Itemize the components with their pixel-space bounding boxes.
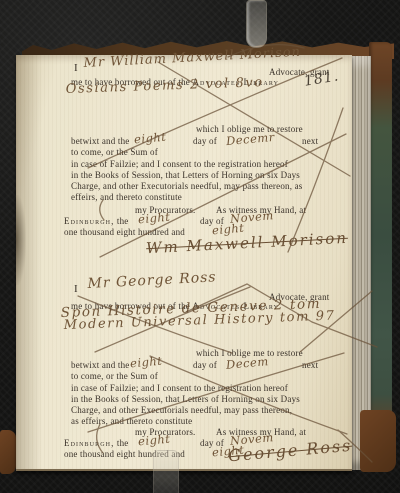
book-board-edge [369, 42, 392, 472]
entry2-the-word: the [117, 438, 129, 448]
register-page: 181. I Mr William Maxwell Morison Advoca… [16, 55, 352, 471]
entry1-sum-line: to come, or the Sum of [71, 147, 158, 158]
entry1-the-word: the [117, 216, 129, 226]
entry1-signed-day: eight [137, 210, 170, 227]
entry2-signed-day: eight [137, 432, 170, 449]
leather-corner-bottom-right [360, 410, 396, 472]
entry1-return-day: eight [133, 130, 166, 147]
entry2-return-day: eight [129, 354, 162, 371]
entry2-i-word: I [74, 284, 78, 295]
leather-corner-bottom-left [0, 430, 16, 474]
book-weight-strap-bottom [153, 450, 179, 493]
entry2-failzie-line3: Charge, and other Executorials needful, … [71, 405, 292, 416]
entry1-failzie-line3: Charge, and other Executorials needful, … [71, 181, 303, 192]
entry1-i-word: I [74, 63, 78, 74]
entry1-year-prefix: one thousand eight hundred and [64, 227, 185, 238]
entry1-betwixt-label: betwixt and the [71, 136, 130, 147]
entry1-failzie-line4: effeirs, and thereto constitute [71, 192, 182, 203]
entry2-sum-line: to come, or the Sum of [71, 371, 158, 382]
entry2-dayof-label: day of [193, 360, 217, 371]
entry2-betwixt-label: betwixt and the [71, 360, 130, 371]
entry1-edinburgh-line: Edinburgh, the [64, 216, 128, 227]
entry2-edinburgh-line: Edinburgh, the [64, 438, 128, 449]
entry1-next-label: next [302, 136, 318, 147]
entry2-return-month: Decem [225, 354, 269, 372]
entry1-failzie-line2: in the Books of Session, that Letters of… [71, 170, 300, 181]
entry2-borrower-name: Mr George Ross [87, 269, 217, 292]
entry2-edinburgh-word: Edinburgh, [64, 438, 114, 448]
entry1-dayof-label: day of [193, 136, 217, 147]
entry1-failzie-line1: in case of Failzie; and I consent to the… [71, 159, 288, 170]
entry2-failzie-line4: as effeirs, and thereto constitute [71, 416, 192, 427]
edge-grime [16, 195, 26, 285]
entry1-edinburgh-word: Edinburgh, [64, 216, 114, 226]
entry2-failzie-line2: in the Books of Session, that Letters of… [71, 394, 300, 405]
entry2-next-label: next [302, 360, 318, 371]
entry2-failzie-line1: in case of Failzie; and I consent to the… [71, 383, 288, 394]
entry1-return-month: Decemr [225, 130, 275, 148]
book-weight-strap-top [246, 0, 267, 48]
